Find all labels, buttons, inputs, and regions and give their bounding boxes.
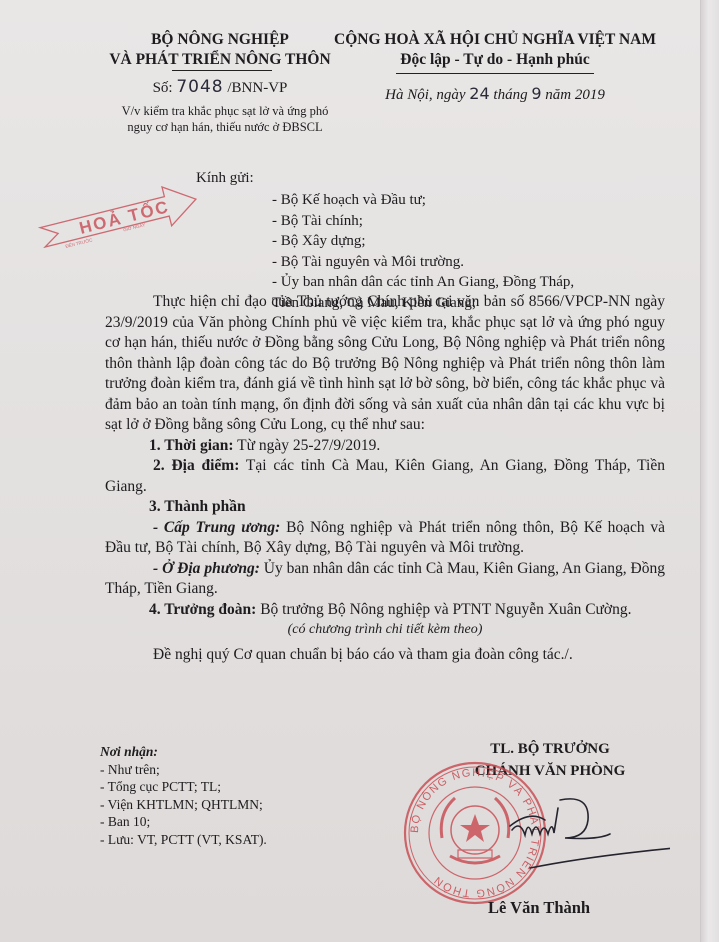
recipient-item: - Ủy ban nhân dân các tỉnh An Giang, Đồn… — [272, 272, 672, 293]
item-time: 1. Thời gian: Từ ngày 25-27/9/2019. — [105, 436, 665, 457]
item-location: 2. Địa điểm: Tại các tỉnh Cà Mau, Kiên G… — [105, 456, 665, 497]
subject-line-1: V/v kiểm tra khắc phục sạt lở và ứng phó — [85, 103, 365, 119]
distribution-label: Nơi nhận: — [100, 743, 267, 761]
motto-underline — [396, 73, 594, 74]
item-time-label: 1. Thời gian: — [149, 437, 234, 454]
subject-line: V/v kiểm tra khắc phục sạt lở và ứng phó… — [85, 103, 365, 135]
signer-name: Lê Văn Thành — [488, 898, 590, 918]
item-location-label: 2. Địa điểm: — [153, 457, 239, 474]
recipient-item: - Bộ Kế hoạch và Đầu tư; — [272, 190, 672, 211]
issuing-agency: BỘ NÔNG NGHIỆP VÀ PHÁT TRIỂN NÔNG THÔN — [100, 30, 340, 70]
month-label: tháng — [493, 87, 527, 103]
attachment-note: (có chương trình chi tiết kèm theo) — [105, 620, 665, 641]
date-year: năm 2019 — [545, 87, 605, 103]
recipients-label: Kính gửi: — [196, 170, 254, 187]
distribution-item: - Ban 10; — [100, 813, 267, 831]
item-members-label: 3. Thành phần — [149, 498, 246, 515]
local-label: - Ở Địa phương: — [153, 560, 260, 577]
signature-title-line-1: TL. BỘ TRƯỞNG — [455, 738, 645, 760]
agency-underline — [172, 70, 272, 71]
number-handwritten: 7048 — [176, 77, 223, 97]
agency-line-2: VÀ PHÁT TRIỂN NÔNG THÔN — [100, 50, 340, 70]
distribution-item: - Như trên; — [100, 761, 267, 779]
number-suffix: /BNN-VP — [227, 80, 287, 96]
item-time-text: Từ ngày 25-27/9/2019. — [234, 437, 381, 454]
request-paragraph: Đề nghị quý Cơ quan chuẩn bị báo cáo và … — [105, 645, 665, 666]
handwritten-signature — [470, 790, 670, 900]
date-day: 24 — [469, 84, 489, 103]
urgent-stamp-icon: HOẢ TỐC ĐẾN TRƯỚC GIỜ NGÀY — [38, 186, 203, 248]
item-leader-label: 4. Trưởng đoàn: — [149, 601, 256, 618]
item-members-local: - Ở Địa phương: Ủy ban nhân dân các tỉnh… — [105, 559, 665, 600]
distribution-item: - Viện KHTLMN; QHTLMN; — [100, 796, 267, 814]
nation-name: CỘNG HOÀ XÃ HỘI CHỦ NGHĨA VIỆT NAM — [330, 30, 660, 50]
recipient-item: - Bộ Tài nguyên và Môi trường. — [272, 252, 672, 273]
item-leader-text: Bộ trưởng Bộ Nông nghiệp và PTNT Nguyễn … — [256, 601, 631, 618]
date-line: Hà Nội, ngày 24 tháng 9 năm 2019 — [345, 84, 645, 104]
item-members-central: - Cấp Trung ương: Bộ Nông nghiệp và Phát… — [105, 518, 665, 559]
date-prefix: Hà Nội, ngày — [385, 87, 465, 103]
motto: Độc lập - Tự do - Hạnh phúc — [330, 50, 660, 70]
distribution-item: - Lưu: VT, PCTT (VT, KSAT). — [100, 831, 267, 849]
central-label: - Cấp Trung ương: — [153, 519, 280, 536]
distribution-list: Nơi nhận: - Như trên; - Tổng cục PCTT; T… — [100, 743, 267, 848]
document-number: Số: 7048 /BNN-VP — [100, 77, 340, 97]
intro-paragraph: Thực hiện chỉ đạo của Thủ tướng Chính ph… — [105, 292, 665, 436]
number-label: Số: — [153, 80, 173, 96]
national-title: CỘNG HOÀ XÃ HỘI CHỦ NGHĨA VIỆT NAM Độc l… — [330, 30, 660, 70]
subject-line-2: nguy cơ hạn hán, thiếu nước ở ĐBSCL — [85, 119, 365, 135]
document-body: Thực hiện chỉ đạo của Thủ tướng Chính ph… — [105, 292, 665, 665]
item-members: 3. Thành phần — [105, 497, 665, 518]
recipient-item: - Bộ Tài chính; — [272, 211, 672, 232]
distribution-item: - Tổng cục PCTT; TL; — [100, 778, 267, 796]
underlying-page-edge — [700, 0, 719, 942]
item-leader: 4. Trưởng đoàn: Bộ trưởng Bộ Nông nghiệp… — [105, 600, 665, 621]
recipient-item: - Bộ Xây dựng; — [272, 231, 672, 252]
agency-line-1: BỘ NÔNG NGHIỆP — [100, 30, 340, 50]
date-month: 9 — [531, 84, 541, 103]
